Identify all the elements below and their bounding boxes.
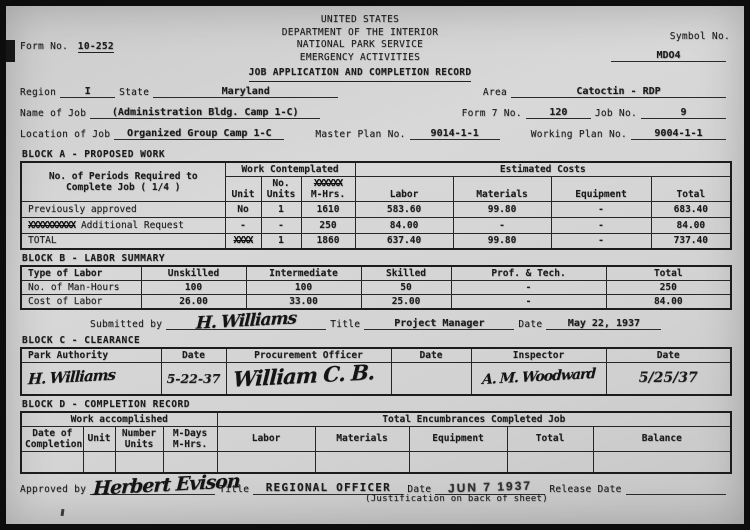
col-header-equipment: Equipment (551, 176, 651, 201)
total-cell: 84.00 (606, 295, 731, 310)
prof-tech-cell: - (451, 281, 606, 295)
col-header-unit: Unit (225, 176, 261, 201)
date-label: Date (518, 319, 542, 330)
col-header-number-units: Number Units (115, 426, 163, 451)
table-row-empty (21, 451, 731, 473)
empty-cell (115, 451, 163, 473)
region-value: I (60, 86, 115, 98)
block-b-table: Type of Labor Unskilled Intermediate Ski… (20, 265, 732, 310)
col-header-date-2: Date (391, 348, 471, 363)
col-header-unit: Unit (83, 426, 115, 451)
struck-word: XXXXXXXXXX (28, 220, 75, 231)
justification-note: (Justification on back of sheet) (365, 494, 730, 504)
agency-header: UNITED STATES DEPARTMENT OF THE INTERIOR… (170, 14, 550, 82)
park-authority-signature: H. Williams (28, 369, 115, 384)
block-a-title: BLOCK A - PROPOSED WORK (22, 149, 730, 160)
symbol-number-block: Symbol No. MDO4 (550, 14, 730, 82)
job-no-label: Job No. (595, 108, 637, 119)
empty-cell (163, 451, 217, 473)
block-a-table: No. of Periods Required to Complete Job … (20, 161, 732, 251)
m-hrs-cell: 1860 (301, 233, 355, 249)
block-d-table: Work accomplished Total Encumbrances Com… (20, 411, 732, 475)
title-label: Title (330, 319, 360, 330)
col-header-equipment: Equipment (409, 426, 507, 451)
block-d-title: BLOCK D - COMPLETION RECORD (22, 399, 730, 410)
m-hrs-cell: 250 (301, 217, 355, 233)
col-header-m-hrs: XXXXXXM-Hrs. (301, 176, 355, 201)
table-row-additional-request: XXXXXXXXXX Additional Request - - 250 84… (21, 217, 731, 233)
row-label: XXXXXXXXXX Additional Request (21, 217, 225, 233)
job-name-label: Name of Job (20, 108, 86, 119)
col-header-total: Total (606, 266, 731, 281)
col-header-skilled: Skilled (361, 266, 451, 281)
no-units-cell: - (261, 217, 301, 233)
col-header-periods: No. of Periods Required to Complete Job … (21, 162, 225, 202)
col-header-intermediate: Intermediate (246, 266, 361, 281)
table-row-man-hours: No. of Man-Hours 100 100 50 - 250 (21, 281, 731, 295)
col-header-labor: Labor (217, 426, 315, 451)
block-b-title: BLOCK B - LABOR SUMMARY (22, 253, 730, 264)
park-authority-cell: H. Williams (21, 363, 161, 395)
clearance-date-3: 5/25/37 (639, 370, 698, 386)
unskilled-cell: 100 (141, 281, 246, 295)
col-header-date-3: Date (606, 348, 731, 363)
table-row-previously-approved: Previously approved No 1 1610 583.60 99.… (21, 201, 731, 217)
agency-line: DEPARTMENT OF THE INTERIOR (170, 27, 550, 40)
materials-cell: - (453, 217, 551, 233)
agency-line: EMERGENCY ACTIVITIES (170, 52, 550, 65)
m-hrs-label: M-Hrs. (311, 189, 345, 200)
release-date-label: Release Date (549, 484, 621, 495)
submitted-by-label: Submitted by (90, 319, 162, 330)
scan-artifact (61, 509, 65, 516)
col-header-materials: Materials (315, 426, 409, 451)
symbol-no-label: Symbol No. (670, 31, 730, 42)
approved-signature-field: Herbert Evison (90, 480, 215, 495)
row-label: TOTAL (21, 233, 225, 249)
col-header-date-of-completion: Date of Completion (21, 426, 83, 451)
approved-signature: Herbert Evison (93, 476, 240, 494)
materials-cell: 99.80 (453, 201, 551, 217)
inspector-signature: A. M. Woodward (482, 369, 596, 385)
col-header-balance: Balance (593, 426, 731, 451)
approved-date-field: JUN 7 1937 (435, 480, 545, 495)
job-name-value: (Administration Bldg. Camp 1-C) (90, 107, 320, 119)
row-label: Cost of Labor (21, 295, 141, 310)
block-c-table: Park Authority Date Procurement Officer … (20, 347, 732, 396)
scan-artifact (6, 40, 15, 62)
prof-tech-cell: - (451, 295, 606, 310)
page-title: JOB APPLICATION AND COMPLETION RECORD (249, 67, 472, 82)
group-header-total-encumbrances: Total Encumbrances Completed Job (217, 412, 731, 427)
col-header-inspector: Inspector (471, 348, 606, 363)
row-label: No. of Man-Hours (21, 281, 141, 295)
agency-line: UNITED STATES (170, 14, 550, 27)
labor-cell: 637.40 (355, 233, 453, 249)
approved-title-value: REGIONAL OFFICER (253, 481, 403, 495)
submitted-signature-field: H. Williams (166, 316, 326, 330)
approved-by-label: Approved by (20, 484, 86, 495)
procurement-officer-cell: William C. B. (226, 363, 391, 395)
col-header-date-1: Date (161, 348, 226, 363)
state-label: State (119, 87, 149, 98)
equipment-cell: - (551, 201, 651, 217)
table-row-clearance: H. Williams 5-22-37 William C. B. A. M. … (21, 363, 731, 395)
region-label: Region (20, 87, 56, 98)
clearance-date-1: 5-22-37 (167, 371, 221, 386)
master-plan-value: 9014-1-1 (410, 128, 500, 140)
approved-line: Approved by Herbert Evison Title REGIONA… (20, 480, 730, 495)
total-cell: 84.00 (651, 217, 731, 233)
location-value: Organized Group Camp 1-C (114, 128, 284, 140)
col-header-total: Total (507, 426, 593, 451)
col-header-no-units: No. Units (261, 176, 301, 201)
unit-cell: No (225, 201, 261, 217)
empty-cell (593, 451, 731, 473)
date-cell: 5-22-37 (161, 363, 226, 395)
inspector-cell: A. M. Woodward (471, 363, 606, 395)
submitted-title-value: Project Manager (364, 318, 514, 330)
equipment-cell: - (551, 233, 651, 249)
empty-cell (315, 451, 409, 473)
form7-label: Form 7 No. (462, 108, 522, 119)
group-header-work-contemplated: Work Contemplated (225, 162, 355, 177)
empty-cell (83, 451, 115, 473)
group-header-estimated-costs: Estimated Costs (355, 162, 731, 177)
intermediate-cell: 33.00 (246, 295, 361, 310)
empty-cell (21, 451, 83, 473)
struck-m-days-text: XXXXXX (314, 178, 342, 189)
block-c-title: BLOCK C - CLEARANCE (22, 335, 730, 346)
procurement-officer-signature: William C. B. (232, 367, 374, 384)
table-row-cost-of-labor: Cost of Labor 26.00 33.00 25.00 - 84.00 (21, 295, 731, 310)
table-row-total: TOTAL XXXX 1 1860 637.40 99.80 - 737.40 (21, 233, 731, 249)
col-header-total: Total (651, 176, 731, 201)
skilled-cell: 25.00 (361, 295, 451, 310)
col-header-m-days-m-hrs: M-Days M-Hrs. (163, 426, 217, 451)
row-label: Previously approved (21, 201, 225, 217)
working-plan-value: 9004-1-1 (631, 128, 726, 140)
group-header-work-accomplished: Work accomplished (21, 412, 217, 427)
job-no-value: 9 (641, 107, 726, 119)
labor-cell: 583.60 (355, 201, 453, 217)
col-header-type-of-labor: Type of Labor (21, 266, 141, 281)
col-header-labor: Labor (355, 176, 453, 201)
location-label: Location of Job (20, 129, 110, 140)
unit-cell: - (225, 217, 261, 233)
form-number-block: Form No. 10-252 (20, 14, 170, 82)
working-plan-label: Working Plan No. (531, 129, 627, 140)
empty-cell (507, 451, 593, 473)
date-cell (391, 363, 471, 395)
row-label-text: Additional Request (81, 220, 184, 231)
symbol-no-value: MDO4 (611, 50, 726, 62)
scanned-form-page: Form No. 10-252 UNITED STATES DEPARTMENT… (0, 0, 750, 530)
no-units-cell: 1 (261, 233, 301, 249)
unit-cell: XXXX (225, 233, 261, 249)
form-no-label: Form No. (20, 41, 68, 52)
location-plans-line: Location of Job Organized Group Camp 1-C… (20, 128, 730, 140)
state-value: Maryland (153, 86, 338, 98)
m-hrs-cell: 1610 (301, 201, 355, 217)
total-cell: 683.40 (651, 201, 731, 217)
col-header-materials: Materials (453, 176, 551, 201)
materials-cell: 99.80 (453, 233, 551, 249)
empty-cell (409, 451, 507, 473)
release-date-blank (626, 483, 726, 495)
date-cell: 5/25/37 (606, 363, 731, 395)
intermediate-cell: 100 (246, 281, 361, 295)
region-state-area-line: Region I State Maryland Area Catoctin - … (20, 86, 730, 98)
date-stamp: JUN 7 1937 (448, 479, 532, 496)
document-header: Form No. 10-252 UNITED STATES DEPARTMENT… (20, 14, 730, 82)
col-header-prof-tech: Prof. & Tech. (451, 266, 606, 281)
form-no-value: 10-252 (78, 41, 114, 53)
submitted-line: Submitted by H. Williams Title Project M… (90, 316, 730, 330)
skilled-cell: 50 (361, 281, 451, 295)
col-header-park-authority: Park Authority (21, 348, 161, 363)
col-header-unskilled: Unskilled (141, 266, 246, 281)
equipment-cell: - (551, 217, 651, 233)
total-cell: 737.40 (651, 233, 731, 249)
job-name-line: Name of Job (Administration Bldg. Camp 1… (20, 107, 730, 119)
submitted-signature: H. Williams (196, 313, 296, 328)
agency-line: NATIONAL PARK SERVICE (170, 39, 550, 52)
total-cell: 250 (606, 281, 731, 295)
area-label: Area (483, 87, 507, 98)
labor-cell: 84.00 (355, 217, 453, 233)
form7-value: 120 (526, 107, 591, 119)
area-value: Catoctin - RDP (511, 86, 726, 98)
no-units-cell: 1 (261, 201, 301, 217)
unskilled-cell: 26.00 (141, 295, 246, 310)
master-plan-label: Master Plan No. (315, 129, 405, 140)
submitted-date-value: May 22, 1937 (546, 318, 661, 330)
